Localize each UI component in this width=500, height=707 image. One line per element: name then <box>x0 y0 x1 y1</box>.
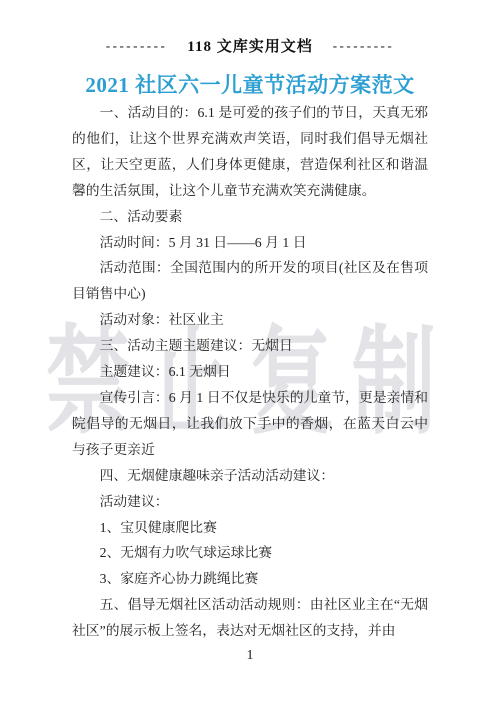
page-title: 2021 社区六一儿童节活动方案范文 <box>0 69 500 99</box>
paragraph: 活动时间：5 月 31 日——6 月 1 日 <box>72 230 428 256</box>
document-page: --------- 118 文库实用文档 --------- 2021 社区六一… <box>0 0 500 707</box>
header-dashes-right: --------- <box>333 38 394 54</box>
document-header: --------- 118 文库实用文档 --------- <box>0 35 500 56</box>
paragraph: 一、活动目的：6.1 是可爱的孩子们的节日，天真无邪的他们，让这个世界充满欢声笑… <box>72 100 428 204</box>
paragraph: 主题建议：6.1 无烟日 <box>72 359 428 385</box>
paragraph: 四、无烟健康趣味亲子活动活动建议： <box>72 463 428 489</box>
paragraph: 2、无烟有力吹气球运球比赛 <box>72 540 428 566</box>
paragraph: 三、活动主题主题建议：无烟日 <box>72 333 428 359</box>
paragraph: 活动建议： <box>72 489 428 515</box>
paragraph: 二、活动要素 <box>72 204 428 230</box>
paragraph: 宣传引言：6 月 1 日不仅是快乐的儿童节，更是亲情和院倡导的无烟日，让我们放下… <box>72 385 428 463</box>
paragraph: 活动范围：全国范围内的所开发的项目(社区及在售项目销售中心) <box>72 255 428 307</box>
paragraph: 3、家庭齐心协力跳绳比赛 <box>72 566 428 592</box>
page-number: 1 <box>0 648 500 664</box>
paragraph: 1、宝贝健康爬比赛 <box>72 515 428 541</box>
header-dashes-left: --------- <box>106 38 167 54</box>
brand-label: 118 文库实用文档 <box>187 35 312 56</box>
document-body: 一、活动目的：6.1 是可爱的孩子们的节日，天真无邪的他们，让这个世界充满欢声笑… <box>72 100 428 644</box>
paragraph: 五、倡导无烟社区活动活动规则：由社区业主在“无烟社区”的展示板上签名，表达对无烟… <box>72 592 428 644</box>
paragraph: 活动对象：社区业主 <box>72 307 428 333</box>
